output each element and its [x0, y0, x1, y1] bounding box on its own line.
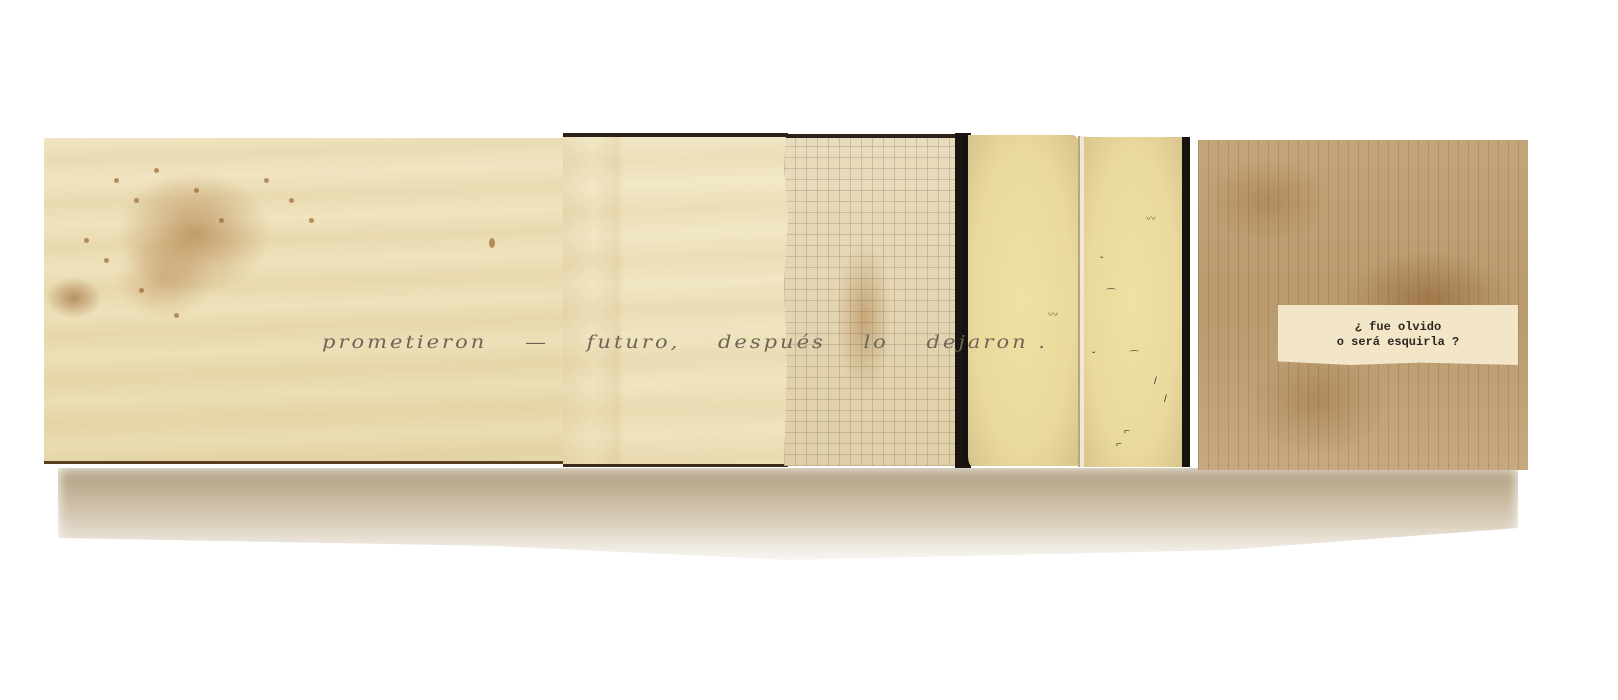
bird-icon: 〰 [1048, 311, 1058, 321]
panel-grid-paper [784, 134, 958, 466]
bird-icon: ⌐ [1124, 427, 1130, 437]
stain-dot [114, 178, 119, 183]
bird-icon: / [1164, 395, 1167, 405]
handwritten-word: futuro, [587, 332, 681, 352]
stain-dot [309, 218, 314, 223]
typed-label-line-1: ¿ fue olvido [1355, 320, 1441, 335]
panel-yellow-single-bird: 〰 [962, 135, 1078, 466]
stain-dot [84, 238, 89, 243]
stain-dot [219, 218, 224, 223]
stain-dot [264, 178, 269, 183]
stain-dot [104, 258, 109, 263]
bird-icon: ˆ [1100, 257, 1103, 267]
stain-dot [134, 198, 139, 203]
panel-folded-paper [563, 133, 788, 467]
handwritten-word: prometieron [322, 332, 487, 352]
stain-dot [139, 288, 144, 293]
handwritten-text: prometieron — futuro, después lo dejaron… [322, 332, 1076, 352]
stain-dot [154, 168, 159, 173]
bird-icon: ˇ [1092, 352, 1095, 362]
typed-label: ¿ fue olvido o será esquirla ? [1278, 305, 1518, 365]
stain-dot [194, 188, 199, 193]
stain-dot [174, 313, 179, 318]
handwritten-word: después [718, 332, 826, 352]
bird-icon: / [1154, 377, 1157, 387]
bird-icon: ⌐ [1116, 440, 1122, 450]
panel-brown-grid-paper: ¿ fue olvido o será esquirla ? [1198, 140, 1528, 470]
artist-book: 〰 〰 ⌒ ˆ ˇ ⌒ / / ⌐ ⌐ ¿ fue olvido o será … [0, 0, 1618, 700]
stain-mark [489, 238, 495, 248]
panel-yellow-flock: 〰 ⌒ ˆ ˇ ⌒ / / ⌐ ⌐ [1084, 137, 1190, 467]
bird-icon: ⌒ [1106, 290, 1116, 300]
handwritten-word: lo [863, 332, 888, 352]
typed-label-line-2: o será esquirla ? [1337, 335, 1459, 350]
stain-dot [289, 198, 294, 203]
bird-icon: 〰 [1146, 215, 1156, 225]
handwritten-word: dejaron . [927, 332, 1048, 352]
handwritten-word: — [525, 332, 549, 352]
panel-stained-paper [44, 138, 566, 464]
bird-icon: ⌒ [1129, 352, 1139, 362]
